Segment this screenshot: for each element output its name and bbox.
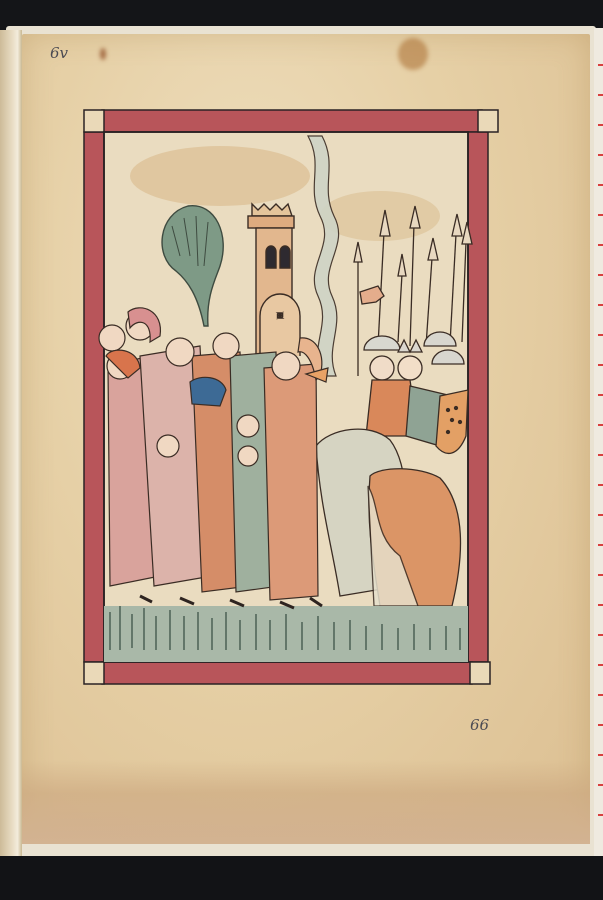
svg-text:✠: ✠	[277, 312, 283, 320]
dark-backdrop-top	[0, 0, 603, 28]
folio-number-top: 6v	[50, 44, 68, 62]
dark-backdrop-bottom	[0, 856, 603, 900]
lower-margin-stain	[22, 760, 590, 844]
illuminated-miniature: ✠	[80, 106, 504, 692]
ink-stain	[398, 38, 428, 70]
blue-cloak	[190, 377, 226, 406]
binding-gutter	[0, 30, 22, 860]
tower: ✠	[248, 204, 300, 356]
folio-number-bottom: 66	[470, 716, 489, 734]
ink-stain	[100, 48, 106, 60]
manuscript-photo: 6v 66	[0, 0, 603, 900]
measuring-ruler	[594, 28, 603, 858]
